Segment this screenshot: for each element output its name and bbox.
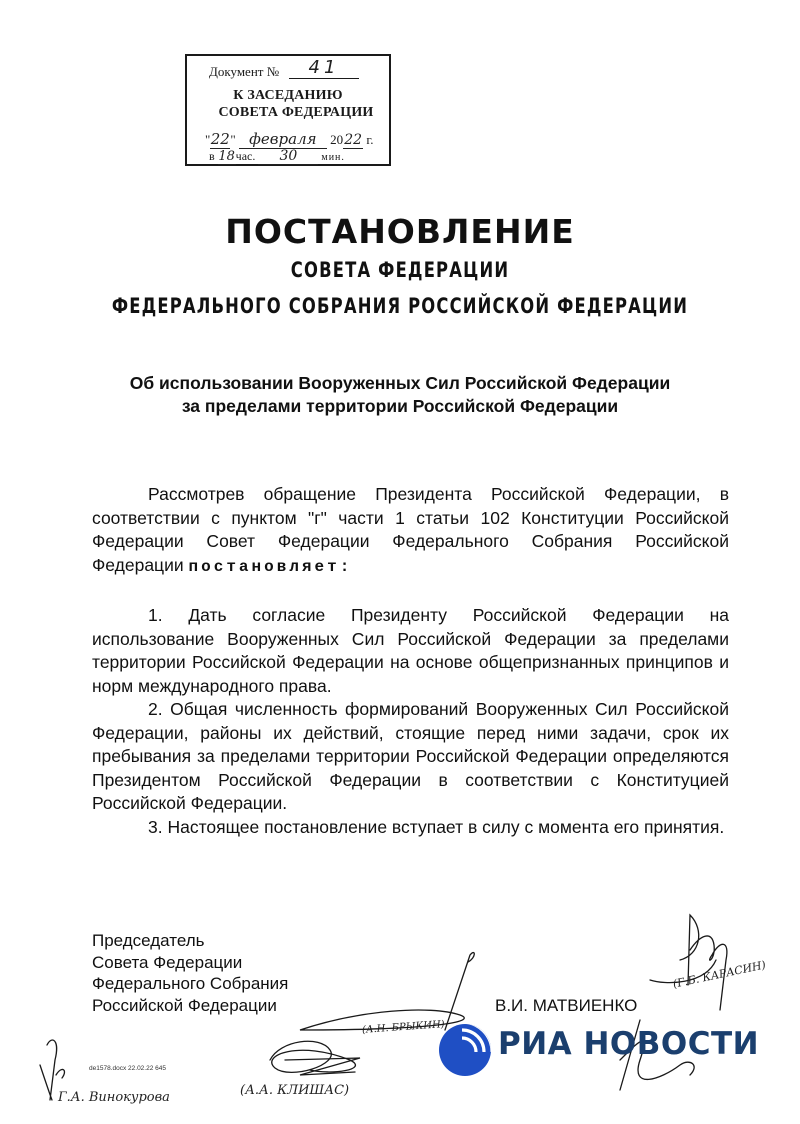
signatory-name: В.И. МАТВИЕНКО (495, 996, 637, 1016)
signatory-title-line: Федерального Собрания (92, 973, 288, 995)
subject-line-2: за пределами территории Российской Федер… (0, 395, 800, 418)
file-reference: de1578.docx 22.02.22 645 (89, 1065, 166, 1072)
item-2-text: 2. Общая численность формирований Вооруж… (92, 698, 729, 816)
stamp-date: "22" февраля 2022 г. (205, 130, 374, 149)
registration-stamp: Документ № 41 К ЗАСЕДАНИЮ СОВЕТА ФЕДЕРАЦ… (185, 54, 391, 166)
signatory-title-line: Председатель (92, 930, 288, 952)
date-year-unit: г. (366, 132, 373, 147)
item-1-text: 1. Дать согласие Президенту Российской Ф… (92, 604, 729, 698)
date-day: 22 (210, 130, 230, 149)
preamble-paragraph: Рассмотрев обращение Президента Российск… (92, 483, 729, 579)
date-month: февраля (239, 130, 327, 149)
document-number-label: Документ № (209, 64, 279, 80)
signatory-title-line: Российской Федерации (92, 995, 288, 1017)
time-hour-unit: час. (236, 149, 256, 163)
ria-novosti-logo: РИА НОВОСТИ (432, 1018, 762, 1078)
date-year-prefix: 20 (330, 132, 343, 147)
document-subtitle-2: ФЕДЕРАЛЬНОГО СОБРАНИЯ РОССИЙСКОЙ ФЕДЕРАЦ… (88, 294, 712, 318)
document-subtitle-1: СОВЕТА ФЕДЕРАЦИИ (88, 258, 712, 282)
resolution-item-3: 3. Настоящее постановление вступает в си… (92, 816, 729, 840)
item-3-text: 3. Настоящее постановление вступает в си… (92, 816, 729, 840)
globe-icon (432, 1018, 502, 1078)
logo-text: РИА НОВОСТИ (498, 1026, 759, 1062)
stamp-title-line2: СОВЕТА ФЕДЕРАЦИИ (195, 105, 397, 121)
stamp-time: в 18час. 30 мин. (209, 148, 345, 165)
date-year-suffix: 22 (343, 132, 363, 149)
time-minutes: 30 (258, 148, 318, 165)
resolution-item-1: 1. Дать согласие Президенту Российской Ф… (92, 604, 729, 698)
resolution-item-2: 2. Общая численность формирований Вооруж… (92, 698, 729, 816)
time-minutes-unit: мин. (321, 152, 345, 163)
resolves-emphasis: постановляет: (189, 558, 353, 576)
time-hour: 18 (218, 149, 236, 165)
handwritten-note-klishas: (А.А. КЛИШАС) (240, 1083, 349, 1098)
signatory-title: Председатель Совета Федерации Федерально… (92, 930, 288, 1016)
resolution-subject: Об использовании Вооруженных Сил Российс… (0, 372, 800, 418)
signatory-title-line: Совета Федерации (92, 952, 288, 974)
subject-line-1: Об использовании Вооруженных Сил Российс… (0, 372, 800, 395)
time-prefix: в (209, 149, 215, 163)
stamp-title-line1: К ЗАСЕДАНИЮ (187, 88, 389, 104)
handwritten-note-karasin: (Г.Б. КАРАСИН) (672, 958, 767, 990)
document-title: ПОСТАНОВЛЕНИЕ (0, 212, 800, 251)
quote-close: " (230, 132, 235, 147)
document-number: 41 (289, 58, 359, 79)
handwritten-note-vinokurova: Г.А. Винокурова (58, 1090, 170, 1105)
